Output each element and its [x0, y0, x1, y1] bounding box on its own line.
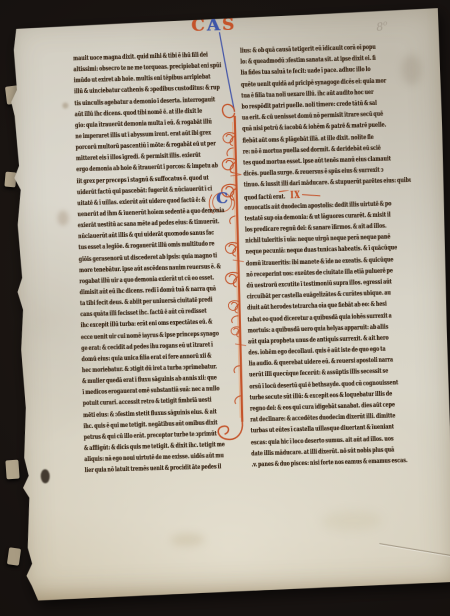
wormhole-stain — [41, 469, 50, 483]
parchment-stain — [170, 533, 204, 547]
parchment-stain — [62, 102, 68, 108]
crease-mark — [379, 543, 450, 556]
parchment-stain — [57, 211, 68, 226]
manuscript-leaf-wrap: CAS 8o C — [8, 8, 450, 601]
text-column-left: mauit uoce magna dixit. quid mihi & tibi… — [73, 50, 246, 478]
lines-before-chapter: lius: & ob quā causā tetigerit eū īdicau… — [240, 42, 411, 192]
photo-background: CAS 8o C — [0, 0, 450, 616]
binding-stub — [7, 547, 21, 566]
chapter-numeral: IX — [290, 190, 300, 201]
binding-stub — [5, 460, 19, 480]
parchment-stain — [322, 510, 383, 532]
text-column-right: lius: & ob quā causā tetigerit eū īdicau… — [240, 42, 419, 472]
chapter-line-text: quod factū erat. — [244, 193, 286, 202]
lines-after-chapter: onuocatis aūt duodecim apostolis: dedit … — [244, 199, 418, 472]
manuscript-leaf: CAS 8o C — [8, 8, 450, 601]
folio-number: 8o — [376, 19, 388, 34]
